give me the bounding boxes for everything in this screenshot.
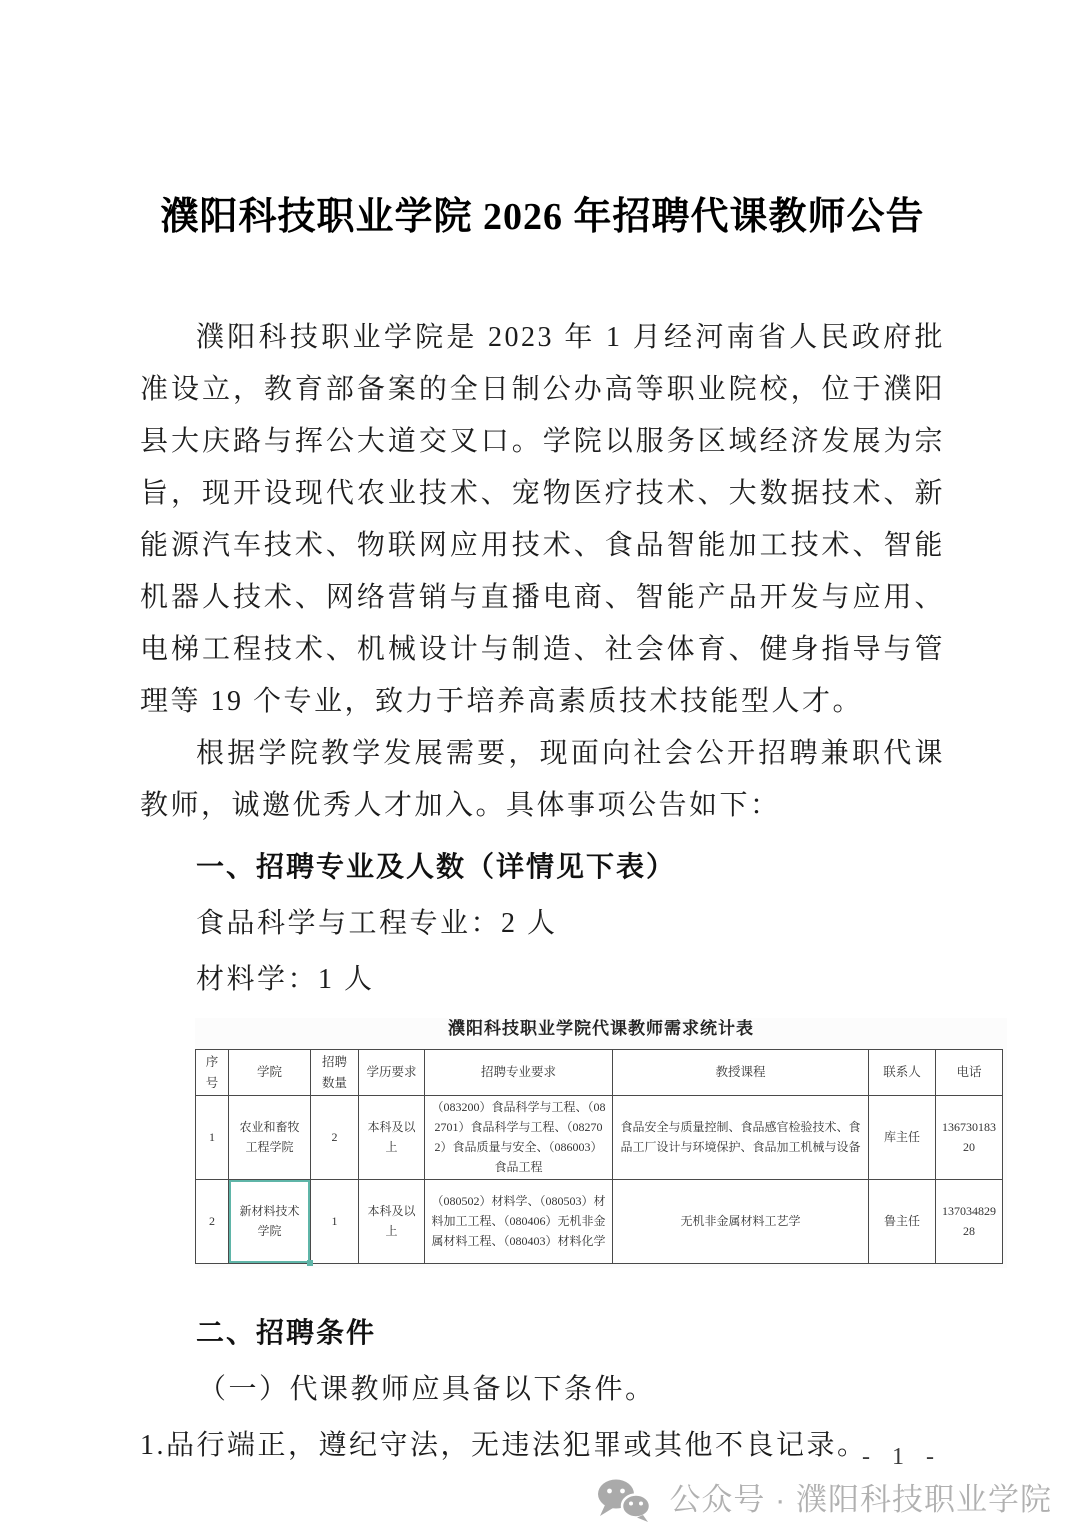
page-title: 濮阳科技职业学院 2026 年招聘代课教师公告 [140, 186, 945, 248]
cell-count: 2 [311, 1096, 359, 1180]
header-seq: 序号 [196, 1050, 229, 1096]
cell-seq: 2 [196, 1180, 229, 1264]
conditions-sub-heading: （一）代课教师应具备以下条件。 [140, 1362, 945, 1418]
wechat-watermark: 公众号 · 濮阳科技职业学院 [595, 1478, 1052, 1522]
wechat-icon [595, 1478, 653, 1522]
cell-count: 1 [311, 1180, 359, 1264]
cell-contact: 鲁主任 [869, 1180, 936, 1264]
document-page: 濮阳科技职业学院 2026 年招聘代课教师公告 濮阳科技职业学院是 2023 年… [0, 0, 1080, 1474]
intro-paragraph: 濮阳科技职业学院是 2023 年 1 月经河南省人民政府批准设立，教育部备案的全… [140, 312, 945, 728]
header-majors: 招聘专业要求 [425, 1050, 613, 1096]
section-one-heading: 一、招聘专业及人数（详情见下表） [140, 838, 945, 896]
cell-phone: 13673018320 [936, 1096, 1003, 1180]
cell-education: 本科及以上 [359, 1096, 425, 1180]
food-major-count-line: 食品科学与工程专业：2 人 [140, 896, 945, 952]
cell-courses: 食品安全与质量控制、食品感官检验技术、食品工厂设计与环境保护、食品加工机械与设备 [613, 1096, 869, 1180]
header-contact: 联系人 [869, 1050, 936, 1096]
demand-table: 序号 学院 招聘数量 学历要求 招聘专业要求 教授课程 联系人 电话 1 农业和… [195, 1049, 1003, 1264]
cell-education: 本科及以上 [359, 1180, 425, 1264]
header-count: 招聘数量 [311, 1050, 359, 1096]
header-education: 学历要求 [359, 1050, 425, 1096]
section-two-heading: 二、招聘条件 [140, 1304, 945, 1362]
cell-phone: 13703482928 [936, 1180, 1003, 1264]
table-title: 濮阳科技职业学院代课教师需求统计表 [195, 1018, 1007, 1040]
table-row: 2 新材料技术学院 1 本科及以上 （080502）材料学、（080503）材料… [196, 1180, 1003, 1264]
cell-courses: 无机非金属材料工艺学 [613, 1180, 869, 1264]
cell-majors: （083200）食品科学与工程、（082701）食品科学与工程、（082702）… [425, 1096, 613, 1180]
demand-table-figure: 濮阳科技职业学院代课教师需求统计表 序号 学院 招聘数量 学历要求 招聘专业要求… [195, 1018, 1007, 1268]
table-header-row: 序号 学院 招聘数量 学历要求 招聘专业要求 教授课程 联系人 电话 [196, 1050, 1003, 1096]
table-row: 1 农业和畜牧工程学院 2 本科及以上 （083200）食品科学与工程、（082… [196, 1096, 1003, 1180]
cell-college-selected[interactable]: 新材料技术学院 [229, 1180, 311, 1264]
header-phone: 电话 [936, 1050, 1003, 1096]
cell-majors: （080502）材料学、（080503）材料加工工程、（080406）无机非金属… [425, 1180, 613, 1264]
header-college: 学院 [229, 1050, 311, 1096]
cell-contact: 库主任 [869, 1096, 936, 1180]
condition-item-1: 1.品行端正，遵纪守法，无违法犯罪或其他不良记录。 [140, 1418, 945, 1474]
material-major-count-line: 材料学：1 人 [140, 952, 945, 1008]
watermark-text: 公众号 · 濮阳科技职业学院 [669, 1480, 1052, 1520]
notice-paragraph: 根据学院教学发展需要，现面向社会公开招聘兼职代课教师，诚邀优秀人才加入。具体事项… [140, 728, 945, 832]
page-number: - 1 - [862, 1444, 942, 1471]
cell-college: 农业和畜牧工程学院 [229, 1096, 311, 1180]
cell-seq: 1 [196, 1096, 229, 1180]
header-courses: 教授课程 [613, 1050, 869, 1096]
